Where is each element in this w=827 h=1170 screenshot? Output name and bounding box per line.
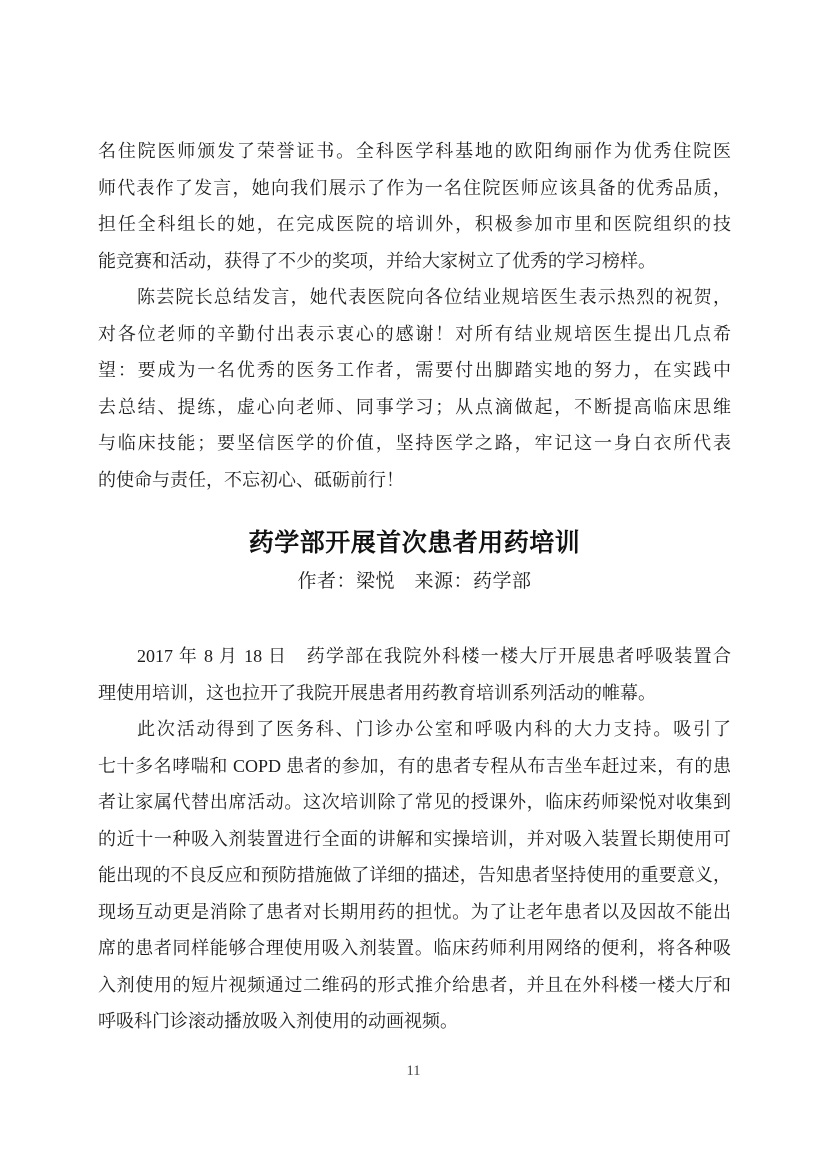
text-line: 现场互动更是消除了患者对长期用药的担忧。为了让老年患者以及因故不能出 [98,894,731,931]
text-line: 七十多名哮喘和 COPD 患者的参加，有的患者专程从布吉坐车赶过来，有的患 [98,748,731,785]
page-number: 11 [0,1062,827,1080]
text-line: 者让家属代替出席活动。这次培训除了常见的授课外，临床药师梁悦对收集到 [98,784,731,821]
text-line: 能竞赛和活动，获得了不少的奖项，并给大家树立了优秀的学习榜样。 [98,243,731,280]
text-line: 呼吸科门诊滚动播放吸入剂使用的动画视频。 [98,1003,731,1040]
text-line: 理使用培训，这也拉开了我院开展患者用药教育培训系列活动的帷幕。 [98,675,731,712]
text-line: 席的患者同样能够合理使用吸入剂装置。临床药师利用网络的便利，将各种吸 [98,930,731,967]
text-line: 的使命与责任，不忘初心、砥砺前行！ [98,462,731,499]
paragraph-event-details: 此次活动得到了医务科、门诊办公室和呼吸内科的大力支持。吸引了七十多名哮喘和 CO… [98,711,731,1040]
text-line: 担任全科组长的她，在完成医院的培训外，积极参加市里和医院组织的技 [98,206,731,243]
text-line: 去总结、提练，虚心向老师、同事学习；从点滴做起，不断提高临床思维 [98,389,731,426]
document-page: 名住院医师颁发了荣誉证书。全科医学科基地的欧阳绚丽作为优秀住院医师代表作了发言，… [0,0,827,1170]
text-line: 师代表作了发言，她向我们展示了作为一名住院医师应该具备的优秀品质， [98,170,731,207]
article-title: 药学部开展首次患者用药培训 [98,527,731,559]
prev-article-body: 名住院医师颁发了荣誉证书。全科医学科基地的欧阳绚丽作为优秀住院医师代表作了发言，… [98,133,731,498]
text-line: 望：要成为一名优秀的医务工作者，需要付出脚踏实地的努力，在实践中 [98,352,731,389]
paragraph-continuation: 名住院医师颁发了荣誉证书。全科医学科基地的欧阳绚丽作为优秀住院医师代表作了发言，… [98,133,731,279]
text-line: 对各位老师的辛勤付出表示衷心的感谢！对所有结业规培医生提出几点希 [98,316,731,353]
text-line: 名住院医师颁发了荣誉证书。全科医学科基地的欧阳绚丽作为优秀住院医 [98,133,731,170]
text-line: 2017 年 8 月 18 日 药学部在我院外科楼一楼大厅开展患者呼吸装置合 [98,638,731,675]
text-line: 入剂使用的短片视频通过二维码的形式推介给患者，并且在外科楼一楼大厅和 [98,967,731,1004]
text-line: 的近十一种吸入剂装置进行全面的讲解和实操培训，并对吸入装置长期使用可 [98,821,731,858]
text-line: 陈芸院长总结发言，她代表医院向各位结业规培医生表示热烈的祝贺， [98,279,731,316]
paragraph-closing-remarks: 陈芸院长总结发言，她代表医院向各位结业规培医生表示热烈的祝贺，对各位老师的辛勤付… [98,279,731,498]
paragraph-event-intro: 2017 年 8 月 18 日 药学部在我院外科楼一楼大厅开展患者呼吸装置合理使… [98,638,731,711]
text-line: 此次活动得到了医务科、门诊办公室和呼吸内科的大力支持。吸引了 [98,711,731,748]
article-body: 2017 年 8 月 18 日 药学部在我院外科楼一楼大厅开展患者呼吸装置合理使… [98,638,731,1040]
text-line: 与临床技能；要坚信医学的价值，坚持医学之路，牢记这一身白衣所代表 [98,425,731,462]
article-byline: 作者：梁悦 来源：药学部 [98,568,731,596]
text-line: 能出现的不良反应和预防措施做了详细的描述，告知患者坚持使用的重要意义， [98,857,731,894]
